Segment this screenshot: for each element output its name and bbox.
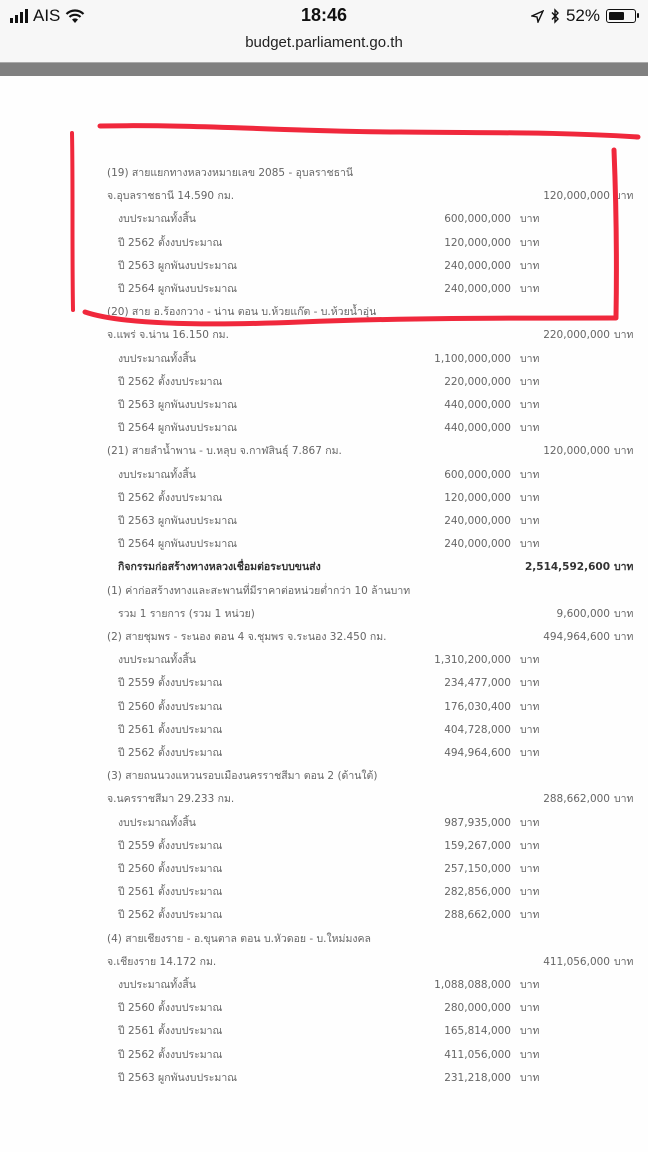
row-label: ปี 2561 ตั้งงบประมาณ [118, 720, 222, 740]
row-unit: บาท [520, 256, 539, 276]
row-amount: 240,000,000 [444, 534, 511, 554]
row-label: ปี 2560 ตั้งงบประมาณ [118, 998, 222, 1018]
row-unit: บาท [520, 233, 539, 253]
table-row: จ.แพร่ จ.น่าน 16.150 กม.220,000,000บาท [0, 325, 648, 345]
row-unit: บาท [520, 511, 539, 531]
row-label: ปี 2562 ตั้งงบประมาณ [118, 905, 222, 925]
row-unit: บาท [520, 836, 539, 856]
row-label: งบประมาณทั้งสิ้น [118, 650, 196, 670]
table-row: (2) สายชุมพร - ระนอง ตอน 4 จ.ชุมพร จ.ระน… [0, 627, 648, 647]
row-unit: บาท [520, 998, 539, 1018]
row-label: กิจกรรมก่อสร้างทางหลวงเชื่อมต่อระบบขนส่ง [118, 557, 321, 577]
row-amount: 1,100,000,000 [434, 349, 511, 369]
row-label: ปี 2562 ตั้งงบประมาณ [118, 233, 222, 253]
table-row: ปี 2559 ตั้งงบประมาณ159,267,000บาท [0, 836, 648, 856]
table-row: ปี 2563 ผูกพันงบประมาณ231,218,000บาท [0, 1068, 648, 1088]
row-unit: บาท [520, 650, 539, 670]
table-row: รวม 1 รายการ (รวม 1 หน่วย)9,600,000บาท [0, 604, 648, 624]
row-total-amount: 120,000,000 [543, 186, 610, 206]
row-label: ปี 2562 ตั้งงบประมาณ [118, 488, 222, 508]
row-amount: 240,000,000 [444, 511, 511, 531]
row-label: จ.เชียงราย 14.172 กม. [107, 952, 216, 972]
row-amount: 240,000,000 [444, 279, 511, 299]
table-row: งบประมาณทั้งสิ้น987,935,000บาท [0, 813, 648, 833]
table-row: (21) สายลำน้ำพาน - บ.หลุบ จ.กาฬสินธุ์ 7.… [0, 441, 648, 461]
row-label: จ.แพร่ จ.น่าน 16.150 กม. [107, 325, 229, 345]
row-amount: 600,000,000 [444, 465, 511, 485]
row-total-amount: 411,056,000 [543, 952, 610, 972]
row-amount: 176,030,400 [444, 697, 511, 717]
table-row: ปี 2561 ตั้งงบประมาณ165,814,000บาท [0, 1021, 648, 1041]
table-row: ปี 2561 ตั้งงบประมาณ282,856,000บาท [0, 882, 648, 902]
table-row: งบประมาณทั้งสิ้น1,310,200,000บาท [0, 650, 648, 670]
row-total-amount: 120,000,000 [543, 441, 610, 461]
table-row: ปี 2562 ตั้งงบประมาณ494,964,600บาท [0, 743, 648, 763]
row-unit: บาท [614, 789, 633, 809]
row-label: (4) สายเชียงราย - อ.ขุนตาล ตอน บ.หัวดอย … [107, 929, 371, 949]
row-unit: บาท [614, 186, 633, 206]
table-row: (19) สายแยกทางหลวงหมายเลข 2085 - อุบลราช… [0, 163, 648, 183]
row-unit: บาท [520, 1045, 539, 1065]
row-amount: 282,856,000 [444, 882, 511, 902]
row-label: ปี 2563 ผูกพันงบประมาณ [118, 395, 237, 415]
row-label: รวม 1 รายการ (รวม 1 หน่วย) [118, 604, 255, 624]
status-bar: AIS 18:46 52% [0, 0, 648, 34]
row-amount: 1,310,200,000 [434, 650, 511, 670]
row-unit: บาท [614, 441, 633, 461]
status-right: 52% [531, 6, 636, 26]
row-unit: บาท [520, 1068, 539, 1088]
row-unit: บาท [520, 1021, 539, 1041]
document-page: (19) สายแยกทางหลวงหมายเลข 2085 - อุบลราช… [0, 76, 648, 1152]
row-unit: บาท [520, 859, 539, 879]
table-row: ปี 2562 ตั้งงบประมาณ220,000,000บาท [0, 372, 648, 392]
row-unit: บาท [520, 279, 539, 299]
row-unit: บาท [520, 349, 539, 369]
row-amount: 120,000,000 [444, 488, 511, 508]
row-unit: บาท [614, 557, 633, 577]
row-unit: บาท [520, 975, 539, 995]
row-label: งบประมาณทั้งสิ้น [118, 465, 196, 485]
row-unit: บาท [520, 465, 539, 485]
row-amount: 1,088,088,000 [434, 975, 511, 995]
row-label: ปี 2564 ผูกพันงบประมาณ [118, 418, 237, 438]
table-row: ปี 2562 ตั้งงบประมาณ120,000,000บาท [0, 488, 648, 508]
row-amount: 411,056,000 [444, 1045, 511, 1065]
row-label: (19) สายแยกทางหลวงหมายเลข 2085 - อุบลราช… [107, 163, 353, 183]
row-unit: บาท [520, 720, 539, 740]
row-label: ปี 2560 ตั้งงบประมาณ [118, 697, 222, 717]
row-label: ปี 2560 ตั้งงบประมาณ [118, 859, 222, 879]
row-amount: 987,935,000 [444, 813, 511, 833]
row-unit: บาท [520, 673, 539, 693]
row-unit: บาท [520, 743, 539, 763]
table-row: (3) สายถนนวงแหวนรอบเมืองนครราชสีมา ตอน 2… [0, 766, 648, 786]
table-row: ปี 2564 ผูกพันงบประมาณ240,000,000บาท [0, 534, 648, 554]
row-amount: 440,000,000 [444, 395, 511, 415]
location-arrow-icon [531, 10, 544, 23]
table-row: ปี 2563 ผูกพันงบประมาณ240,000,000บาท [0, 511, 648, 531]
table-row: ปี 2562 ตั้งงบประมาณ411,056,000บาท [0, 1045, 648, 1065]
table-row: (4) สายเชียงราย - อ.ขุนตาล ตอน บ.หัวดอย … [0, 929, 648, 949]
row-label: งบประมาณทั้งสิ้น [118, 349, 196, 369]
row-label: งบประมาณทั้งสิ้น [118, 813, 196, 833]
row-unit: บาท [520, 697, 539, 717]
row-label: ปี 2564 ผูกพันงบประมาณ [118, 279, 237, 299]
bluetooth-icon [550, 8, 560, 24]
page-toolbar [0, 62, 648, 77]
row-total-amount: 2,514,592,600 [525, 557, 610, 577]
row-amount: 120,000,000 [444, 233, 511, 253]
row-label: ปี 2562 ตั้งงบประมาณ [118, 372, 222, 392]
row-label: งบประมาณทั้งสิ้น [118, 209, 196, 229]
row-label: จ.นครราชสีมา 29.233 กม. [107, 789, 234, 809]
row-amount: 494,964,600 [444, 743, 511, 763]
address-bar[interactable]: budget.parliament.go.th [0, 34, 648, 62]
row-label: งบประมาณทั้งสิ้น [118, 975, 196, 995]
table-row: ปี 2564 ผูกพันงบประมาณ240,000,000บาท [0, 279, 648, 299]
table-row: (20) สาย อ.ร้องกวาง - น่าน ตอน บ.ห้วยแก๊… [0, 302, 648, 322]
row-total-amount: 9,600,000 [557, 604, 610, 624]
row-label: ปี 2561 ตั้งงบประมาณ [118, 1021, 222, 1041]
table-row: จ.อุบลราชธานี 14.590 กม.120,000,000บาท [0, 186, 648, 206]
row-unit: บาท [520, 488, 539, 508]
row-label: ปี 2562 ตั้งงบประมาณ [118, 743, 222, 763]
battery-icon [606, 9, 636, 23]
table-row: ปี 2559 ตั้งงบประมาณ234,477,000บาท [0, 673, 648, 693]
table-row: ปี 2562 ตั้งงบประมาณ120,000,000บาท [0, 233, 648, 253]
row-total-amount: 220,000,000 [543, 325, 610, 345]
row-label: (2) สายชุมพร - ระนอง ตอน 4 จ.ชุมพร จ.ระน… [107, 627, 386, 647]
row-unit: บาท [614, 627, 633, 647]
row-label: ปี 2563 ผูกพันงบประมาณ [118, 256, 237, 276]
battery-percent: 52% [566, 6, 600, 26]
table-row: ปี 2564 ผูกพันงบประมาณ440,000,000บาท [0, 418, 648, 438]
row-label: (1) ค่าก่อสร้างทางและสะพานที่มีราคาต่อหน… [107, 581, 410, 601]
table-row: ปี 2562 ตั้งงบประมาณ288,662,000บาท [0, 905, 648, 925]
row-amount: 280,000,000 [444, 998, 511, 1018]
row-unit: บาท [614, 325, 633, 345]
row-unit: บาท [614, 604, 633, 624]
row-label: จ.อุบลราชธานี 14.590 กม. [107, 186, 234, 206]
row-amount: 600,000,000 [444, 209, 511, 229]
row-unit: บาท [520, 534, 539, 554]
row-unit: บาท [520, 372, 539, 392]
table-row: ปี 2560 ตั้งงบประมาณ257,150,000บาท [0, 859, 648, 879]
row-unit: บาท [520, 395, 539, 415]
row-amount: 257,150,000 [444, 859, 511, 879]
row-label: ปี 2559 ตั้งงบประมาณ [118, 836, 222, 856]
row-amount: 220,000,000 [444, 372, 511, 392]
table-row: จ.เชียงราย 14.172 กม.411,056,000บาท [0, 952, 648, 972]
row-unit: บาท [520, 813, 539, 833]
row-amount: 404,728,000 [444, 720, 511, 740]
row-unit: บาท [520, 418, 539, 438]
table-row: (1) ค่าก่อสร้างทางและสะพานที่มีราคาต่อหน… [0, 581, 648, 601]
row-total-amount: 494,964,600 [543, 627, 610, 647]
table-row: งบประมาณทั้งสิ้น1,100,000,000บาท [0, 349, 648, 369]
table-row: ปี 2560 ตั้งงบประมาณ176,030,400บาท [0, 697, 648, 717]
row-unit: บาท [614, 952, 633, 972]
row-label: (21) สายลำน้ำพาน - บ.หลุบ จ.กาฬสินธุ์ 7.… [107, 441, 342, 461]
table-row: ปี 2560 ตั้งงบประมาณ280,000,000บาท [0, 998, 648, 1018]
row-label: (20) สาย อ.ร้องกวาง - น่าน ตอน บ.ห้วยแก๊… [107, 302, 376, 322]
row-unit: บาท [520, 905, 539, 925]
row-label: ปี 2561 ตั้งงบประมาณ [118, 882, 222, 902]
table-row: งบประมาณทั้งสิ้น600,000,000บาท [0, 465, 648, 485]
table-row: งบประมาณทั้งสิ้น1,088,088,000บาท [0, 975, 648, 995]
row-amount: 231,218,000 [444, 1068, 511, 1088]
row-unit: บาท [520, 882, 539, 902]
table-row: กิจกรรมก่อสร้างทางหลวงเชื่อมต่อระบบขนส่ง… [0, 557, 648, 577]
row-label: ปี 2564 ผูกพันงบประมาณ [118, 534, 237, 554]
row-label: (3) สายถนนวงแหวนรอบเมืองนครราชสีมา ตอน 2… [107, 766, 377, 786]
row-amount: 165,814,000 [444, 1021, 511, 1041]
table-row: งบประมาณทั้งสิ้น600,000,000บาท [0, 209, 648, 229]
row-label: ปี 2559 ตั้งงบประมาณ [118, 673, 222, 693]
table-row: ปี 2563 ผูกพันงบประมาณ440,000,000บาท [0, 395, 648, 415]
row-amount: 159,267,000 [444, 836, 511, 856]
row-amount: 240,000,000 [444, 256, 511, 276]
row-label: ปี 2563 ผูกพันงบประมาณ [118, 511, 237, 531]
row-unit: บาท [520, 209, 539, 229]
row-amount: 234,477,000 [444, 673, 511, 693]
row-label: ปี 2562 ตั้งงบประมาณ [118, 1045, 222, 1065]
table-row: ปี 2563 ผูกพันงบประมาณ240,000,000บาท [0, 256, 648, 276]
row-label: ปี 2563 ผูกพันงบประมาณ [118, 1068, 237, 1088]
row-total-amount: 288,662,000 [543, 789, 610, 809]
table-row: จ.นครราชสีมา 29.233 กม.288,662,000บาท [0, 789, 648, 809]
row-amount: 288,662,000 [444, 905, 511, 925]
table-row: ปี 2561 ตั้งงบประมาณ404,728,000บาท [0, 720, 648, 740]
row-amount: 440,000,000 [444, 418, 511, 438]
